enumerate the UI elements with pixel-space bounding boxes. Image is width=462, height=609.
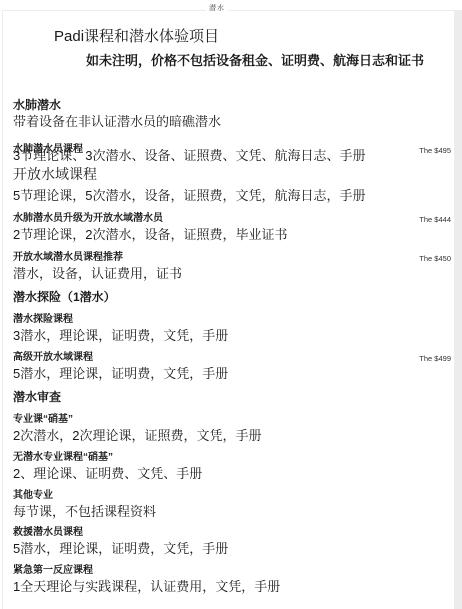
course-details: 每节课，不包括课程资料 bbox=[13, 503, 454, 521]
course-row: 救援潜水员课程 bbox=[13, 526, 454, 540]
page-right-gutter bbox=[455, 10, 462, 609]
course-row: 紧急第一反应课程 bbox=[13, 564, 454, 578]
course-row: 无潜水专业课程“硝基” bbox=[13, 451, 454, 465]
course-name: 其他专业 bbox=[13, 490, 53, 501]
course-name: 无潜水专业课程“硝基” bbox=[13, 452, 113, 463]
section-heading: 潜水审查 bbox=[13, 389, 454, 405]
price-tag: The $444 bbox=[419, 213, 451, 227]
course-name: 高级开放水域课程 bbox=[13, 352, 93, 363]
page-subtitle: 如未注明，价格不包括设备租金、证明费、航海日志和证书 bbox=[86, 52, 454, 70]
course-details: 1全天理论与实践课程，认证费用，文凭，手册 bbox=[13, 578, 454, 596]
course-row: 开放水域潜水员课程推荐 The $450 bbox=[13, 251, 454, 265]
course-row: 其他专业 bbox=[13, 489, 454, 503]
section-heading: 潜水探险（1潜水） bbox=[13, 289, 454, 305]
course-row: 水肺潜水员课程 The $495 bbox=[13, 143, 454, 157]
course-name: 潜水探险课程 bbox=[13, 314, 73, 325]
course-details: 3潜水，理论课，证明费，文凭，手册 bbox=[13, 327, 454, 345]
course-row: 水肺潜水员升级为开放水域潜水员 The $444 bbox=[13, 212, 454, 226]
section-description: 带着设备在非认证潜水员的暗礁潜水 bbox=[13, 113, 454, 131]
price-tag: The $495 bbox=[419, 144, 451, 158]
course-row: 潜水探险课程 bbox=[13, 313, 454, 327]
course-name: 救援潜水员课程 bbox=[13, 527, 83, 538]
course-details: 2、理论课、证明费、文凭、手册 bbox=[13, 465, 454, 483]
section-heading: 水肺潜水 bbox=[13, 97, 454, 113]
price-tag: The $450 bbox=[419, 252, 451, 266]
page-title: Padi课程和潜水体验项目 bbox=[54, 27, 454, 47]
course-details: 开放水域课程 bbox=[13, 165, 454, 183]
course-row: 高级开放水域课程 The $499 bbox=[13, 351, 454, 365]
course-details: 5潜水，理论课，证明费，文凭，手册 bbox=[13, 540, 454, 558]
course-details: 5潜水，理论课，证明费，文凭，手册 bbox=[13, 365, 454, 383]
course-name: 水肺潜水员课程 bbox=[13, 144, 83, 155]
course-name: 紧急第一反应课程 bbox=[13, 565, 93, 576]
price-tag: The $499 bbox=[419, 352, 451, 366]
course-details: 2节理论课，2次潜水，设备，证照费，毕业证书 bbox=[13, 226, 454, 244]
course-row: 专业课“硝基” bbox=[13, 413, 454, 427]
course-name: 水肺潜水员升级为开放水域潜水员 bbox=[13, 213, 163, 224]
course-details: 潜水，设备，认证费用，证书 bbox=[13, 265, 454, 283]
course-details: 2次潜水，2次理论课，证照费，文凭，手册 bbox=[13, 427, 454, 445]
page-top-label: 潜水 bbox=[206, 3, 228, 13]
course-details: 5节理论课，5次潜水，设备，证照费，文凭，航海日志，手册 bbox=[13, 187, 454, 205]
course-name: 专业课“硝基” bbox=[13, 414, 73, 425]
course-name: 开放水域潜水员课程推荐 bbox=[13, 252, 123, 263]
document-page: Padi课程和潜水体验项目 如未注明，价格不包括设备租金、证明费、航海日志和证书… bbox=[2, 10, 455, 609]
